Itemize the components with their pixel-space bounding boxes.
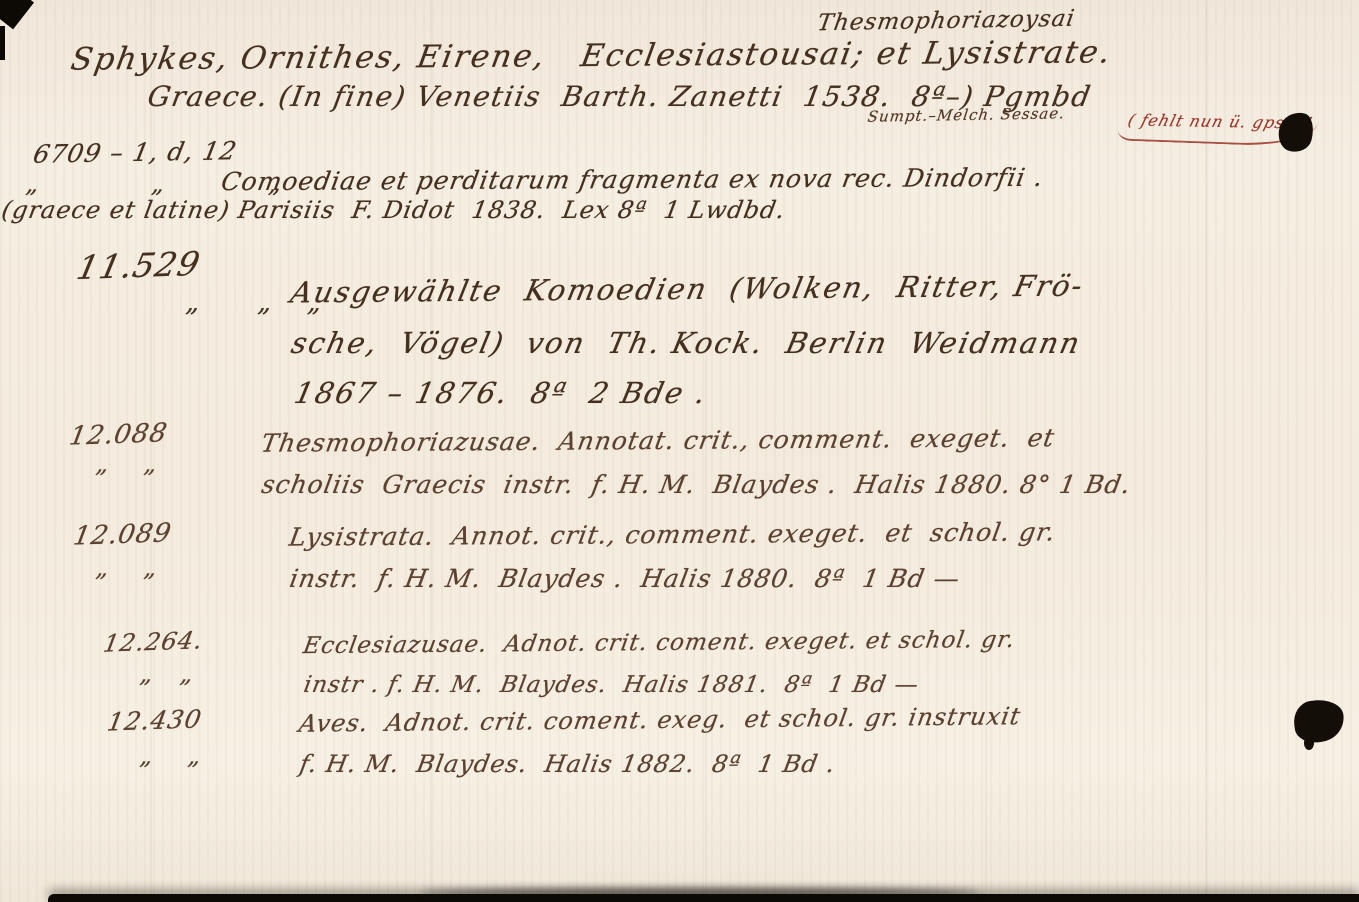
entry-line: (graece et latine) Parisiis F. Didot 183… (0, 196, 788, 224)
entry-line: Comoediae et perditarum fragmenta ex nov… (219, 163, 1046, 196)
entry-line: 1867 – 1876. 8ª 2 Bde . (291, 376, 710, 410)
entry-line: instr. f. H. M. Blaydes . Halis 1880. 8ª… (287, 564, 962, 593)
inserted-title: Thesmophoriazoysai (816, 6, 1077, 36)
entry-shelfmark: 6709 – 1, d, 12 (31, 136, 240, 169)
scan-bottom-shadow (420, 888, 980, 898)
entry-shelfmark: 12.089 (71, 518, 174, 551)
entry-line: Thesmophoriazusae. Annotat. crit., comme… (259, 423, 1057, 458)
ink-blot-drip (1304, 736, 1314, 750)
entry-line: instr . f. H. M. Blaydes. Halis 1881. 8ª… (302, 672, 921, 698)
entry-shelfmark: 11.529 (73, 244, 204, 287)
entry-ditto-marks: „ „ (95, 450, 159, 478)
scan-edge-mark (0, 26, 5, 60)
publisher-note: Sumpt.–Melch. Sessae. (867, 104, 1066, 125)
title-line: Sphykes, Ornithes, Eirene, Ecclesiastous… (68, 34, 1114, 77)
entry-line: f. H. M. Blaydes. Halis 1882. 8ª 1 Bd . (298, 750, 838, 778)
entry-line: scholiis Graecis instr. f. H. M. Blaydes… (259, 470, 1133, 499)
entry-ditto-marks: „ „ (95, 554, 159, 582)
entry-shelfmark: 12.088 (67, 418, 170, 451)
entry-line: sche, Vögel) von Th. Kock. Berlin Weidma… (288, 326, 1084, 360)
manuscript-page: Thesmophoriazoysai Sphykes, Ornithes, Ei… (0, 0, 1359, 902)
ink-blot (1291, 697, 1346, 746)
entry-shelfmark: 12.264. (101, 626, 205, 657)
entry-line: Aves. Adnot. crit. coment. exeg. et scho… (297, 702, 1023, 738)
entry-line: Ausgewählte Komoedien (Wolken, Ritter, F… (288, 269, 1087, 310)
entry-shelfmark: 12.430 (105, 704, 204, 736)
scan-corner-mark (0, 0, 34, 29)
entry-line: Lysistrata. Annot. crit., comment. exege… (287, 517, 1058, 551)
entry-line: Ecclesiazusae. Adnot. crit. coment. exeg… (301, 627, 1017, 659)
entry-ditto-marks: „ „ (139, 742, 203, 770)
entry-ditto-marks: „ „ (139, 660, 204, 688)
